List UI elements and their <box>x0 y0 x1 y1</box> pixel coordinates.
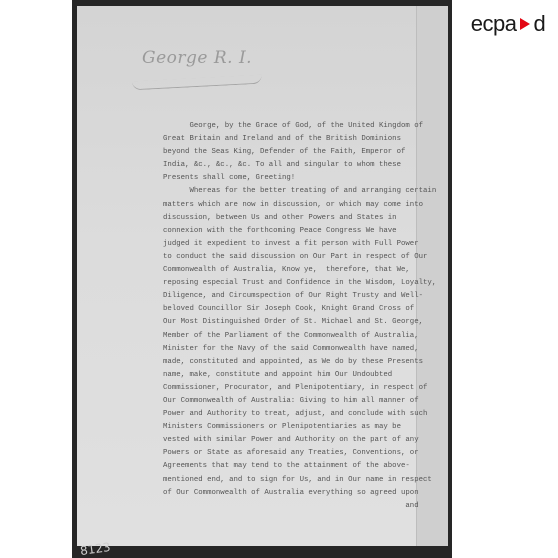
play-triangle-icon <box>520 18 530 30</box>
text-line: Commonwealth of Australia, Know ye, ther… <box>163 264 433 277</box>
text-line: George, by the Grace of God, of the Unit… <box>163 120 433 133</box>
text-line: beloved Councillor Sir Joseph Cook, Knig… <box>163 303 433 316</box>
text-line: beyond the Seas King, Defender of the Fa… <box>163 146 433 159</box>
document-body-text: George, by the Grace of God, of the Unit… <box>163 120 433 513</box>
text-line: Our Most Distinguished Order of St. Mich… <box>163 316 433 329</box>
text-line: mentioned end, and to sign for Us, and i… <box>163 474 433 487</box>
text-line: Ministers Commissioners or Plenipotentia… <box>163 421 433 434</box>
text-line: Agreements that may tend to the attainme… <box>163 460 433 473</box>
text-line: made, constituted and appointed, as We d… <box>163 356 433 369</box>
text-line: to conduct the said discussion on Our Pa… <box>163 251 433 264</box>
text-line: discussion, between Us and other Powers … <box>163 212 433 225</box>
text-line: connexion with the forthcoming Peace Con… <box>163 225 433 238</box>
text-line: judged it expedient to invest a fit pers… <box>163 238 433 251</box>
ecpad-watermark-logo: ecpa d <box>463 7 553 41</box>
text-line: Our Commonwealth of Australia: Giving to… <box>163 395 433 408</box>
royal-signature: George R. I. <box>142 48 252 68</box>
text-line: vested with similar Power and Authority … <box>163 434 433 447</box>
text-line: of Our Commonwealth of Australia everyth… <box>163 487 433 500</box>
text-line: and <box>163 500 433 513</box>
text-line: Minister for the Navy of the said Common… <box>163 343 433 356</box>
text-line: Powers or State as aforesaid any Treatie… <box>163 447 433 460</box>
text-line: Diligence, and Circumspection of Our Rig… <box>163 290 433 303</box>
text-line: Great Britain and Ireland and of the Bri… <box>163 133 433 146</box>
logo-text-right: d <box>533 11 545 37</box>
text-line: matters which are now in discussion, or … <box>163 199 433 212</box>
text-line: Presents shall come, Greeting! <box>163 172 433 185</box>
text-line: name, make, constitute and appoint him O… <box>163 369 433 382</box>
text-line: Whereas for the better treating of and a… <box>163 185 433 198</box>
text-line: India, &c., &c., &c. To all and singular… <box>163 159 433 172</box>
text-line: reposing especial Trust and Confidence i… <box>163 277 433 290</box>
text-line: Member of the Parliament of the Commonwe… <box>163 330 433 343</box>
logo-text-left: ecpa <box>471 11 517 37</box>
text-line: Power and Authority to treat, adjust, an… <box>163 408 433 421</box>
text-line: Commissioner, Procurator, and Plenipoten… <box>163 382 433 395</box>
